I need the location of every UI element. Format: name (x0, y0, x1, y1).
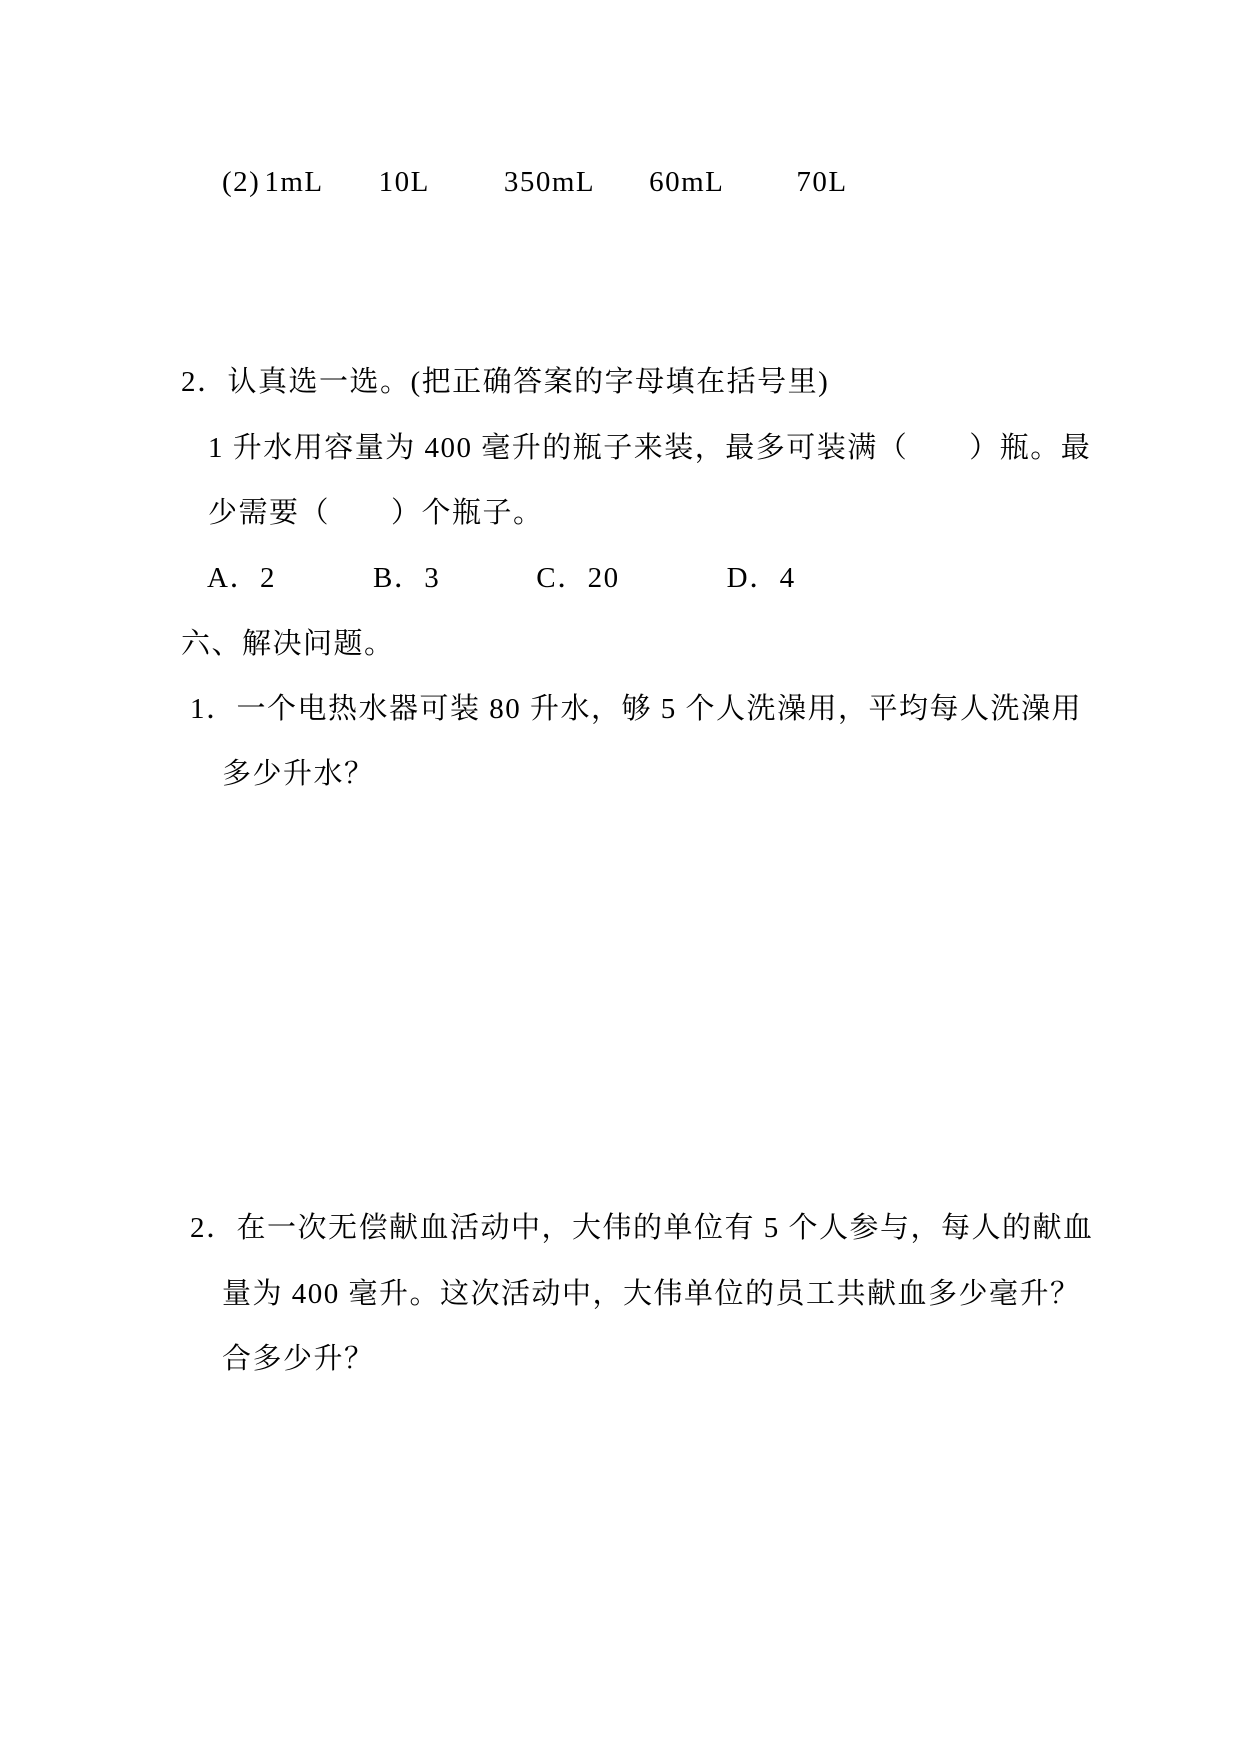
unit-conversion-row: (2) 1mL 10L 350mL 60mL 70L (222, 164, 848, 200)
option-b: B．3 (373, 560, 440, 596)
problem2-line1: 2．在一次无偿献血活动中，大伟的单位有 5 个人参与，每人的献血 (190, 1210, 1094, 1246)
unit-item: 60mL (649, 164, 724, 200)
question2-options: A．2 B．3 C．20 D．4 (207, 560, 796, 596)
option-d: D．4 (727, 560, 796, 596)
question2-heading: 2．认真选一选。(把正确答案的字母填在括号里) (181, 364, 829, 400)
section6-heading: 六、解决问题。 (181, 626, 395, 662)
worksheet-page: (2) 1mL 10L 350mL 60mL 70L 2．认真选一选。(把正确答… (0, 0, 1241, 1754)
question2-body-line2: 少需要（ ）个瓶子。 (208, 495, 544, 531)
problem2-line3: 合多少升？ (222, 1341, 375, 1377)
problem2-line2: 量为 400 毫升。这次活动中，大伟单位的员工共献血多少毫升？ (222, 1276, 1081, 1312)
option-a: A．2 (207, 560, 276, 596)
unit-row-prefix: (2) (222, 164, 260, 200)
problem1-line2: 多少升水？ (222, 756, 375, 792)
option-c: C．20 (536, 560, 619, 596)
question2-body-line1: 1 升水用容量为 400 毫升的瓶子来装，最多可装满（ ）瓶。最 (208, 430, 1091, 466)
unit-item: 350mL (504, 164, 595, 200)
unit-item: 70L (796, 164, 847, 200)
problem1-line1: 1．一个电热水器可装 80 升水，够 5 个人洗澡用，平均每人洗澡用 (190, 691, 1082, 727)
unit-item: 1mL (264, 164, 323, 200)
unit-item: 10L (379, 164, 430, 200)
